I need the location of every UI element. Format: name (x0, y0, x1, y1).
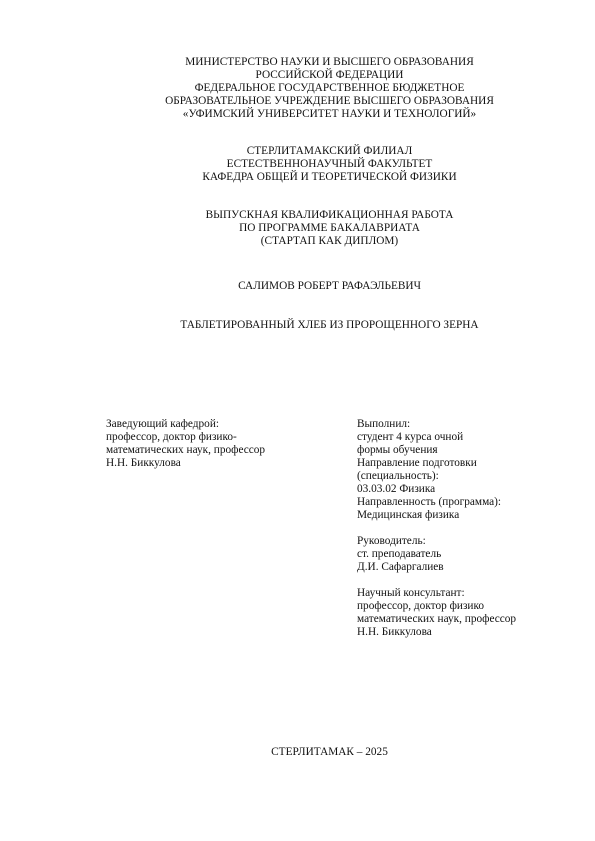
thesis-title: ТАБЛЕТИРОВАННЫЙ ХЛЕБ ИЗ ПРОРОЩЕННОГО ЗЕР… (32, 319, 595, 332)
author-name: САЛИМОВ РОБЕРТ РАФАЭЛЬЕВИЧ (32, 280, 595, 293)
performer-line: Направленность (программа): (357, 496, 516, 509)
faculty-line: ЕСТЕСТВЕННОНАУЧНЫЙ ФАКУЛЬТЕТ (32, 158, 595, 171)
consultant-line: профессор, доктор физико (357, 600, 516, 613)
work-type-line: ВЫПУСКНАЯ КВАЛИФИКАЦИОННАЯ РАБОТА (32, 209, 595, 222)
ministry-header: МИНИСТЕРСТВО НАУКИ И ВЫСШЕГО ОБРАЗОВАНИЯ… (32, 56, 595, 121)
consultant-name: Н.Н. Биккулова (357, 626, 516, 639)
supervisor-label: Руководитель: (357, 535, 516, 548)
department-line: КАФЕДРА ОБЩЕЙ И ТЕОРЕТИЧЕСКОЙ ФИЗИКИ (32, 171, 595, 184)
right-column: Выполнил: студент 4 курса очной формы об… (357, 418, 516, 639)
performer-line: Направление подготовки (357, 457, 516, 470)
header-line: МИНИСТЕРСТВО НАУКИ И ВЫСШЕГО ОБРАЗОВАНИЯ (32, 56, 595, 69)
consultant-line: математических наук, профессор (357, 613, 516, 626)
head-label: Заведующий кафедрой: (106, 418, 265, 431)
header-line: «УФИМСКИЙ УНИВЕРСИТЕТ НАУКИ И ТЕХНОЛОГИЙ… (32, 108, 595, 121)
consultant-block: Научный консультант: профессор, доктор ф… (357, 587, 516, 639)
performer-label: Выполнил: (357, 418, 516, 431)
work-type-line: (СТАРТАП КАК ДИПЛОМ) (32, 235, 595, 248)
head-line: профессор, доктор физико- (106, 431, 265, 444)
branch-line: СТЕРЛИТАМАКСКИЙ ФИЛИАЛ (32, 145, 595, 158)
header-line: РОССИЙСКОЙ ФЕДЕРАЦИИ (32, 69, 595, 82)
head-of-department-block: Заведующий кафедрой: профессор, доктор ф… (106, 418, 265, 470)
performer-block: Выполнил: студент 4 курса очной формы об… (357, 418, 516, 522)
head-name: Н.Н. Биккулова (106, 457, 265, 470)
work-type-line: ПО ПРОГРАММЕ БАКАЛАВРИАТА (32, 222, 595, 235)
performer-line: Медицинская физика (357, 509, 516, 522)
branch-block: СТЕРЛИТАМАКСКИЙ ФИЛИАЛ ЕСТЕСТВЕННОНАУЧНЫ… (32, 145, 595, 184)
performer-line: формы обучения (357, 444, 516, 457)
performer-line: (специальность): (357, 470, 516, 483)
supervisor-line: ст. преподаватель (357, 548, 516, 561)
supervisor-name: Д.И. Сафаргалиев (357, 561, 516, 574)
supervisor-block: Руководитель: ст. преподаватель Д.И. Саф… (357, 535, 516, 574)
spacer (357, 522, 516, 535)
header-line: ОБРАЗОВАТЕЛЬНОЕ УЧРЕЖДЕНИЕ ВЫСШЕГО ОБРАЗ… (32, 95, 595, 108)
performer-line: студент 4 курса очной (357, 431, 516, 444)
header-line: ФЕДЕРАЛЬНОЕ ГОСУДАРСТВЕННОЕ БЮДЖЕТНОЕ (32, 82, 595, 95)
consultant-label: Научный консультант: (357, 587, 516, 600)
work-type-block: ВЫПУСКНАЯ КВАЛИФИКАЦИОННАЯ РАБОТА ПО ПРО… (32, 209, 595, 248)
head-line: математических наук, профессор (106, 444, 265, 457)
spacer (357, 574, 516, 587)
city-year-footer: СТЕРЛИТАМАК – 2025 (32, 746, 595, 759)
performer-line: 03.03.02 Физика (357, 483, 516, 496)
